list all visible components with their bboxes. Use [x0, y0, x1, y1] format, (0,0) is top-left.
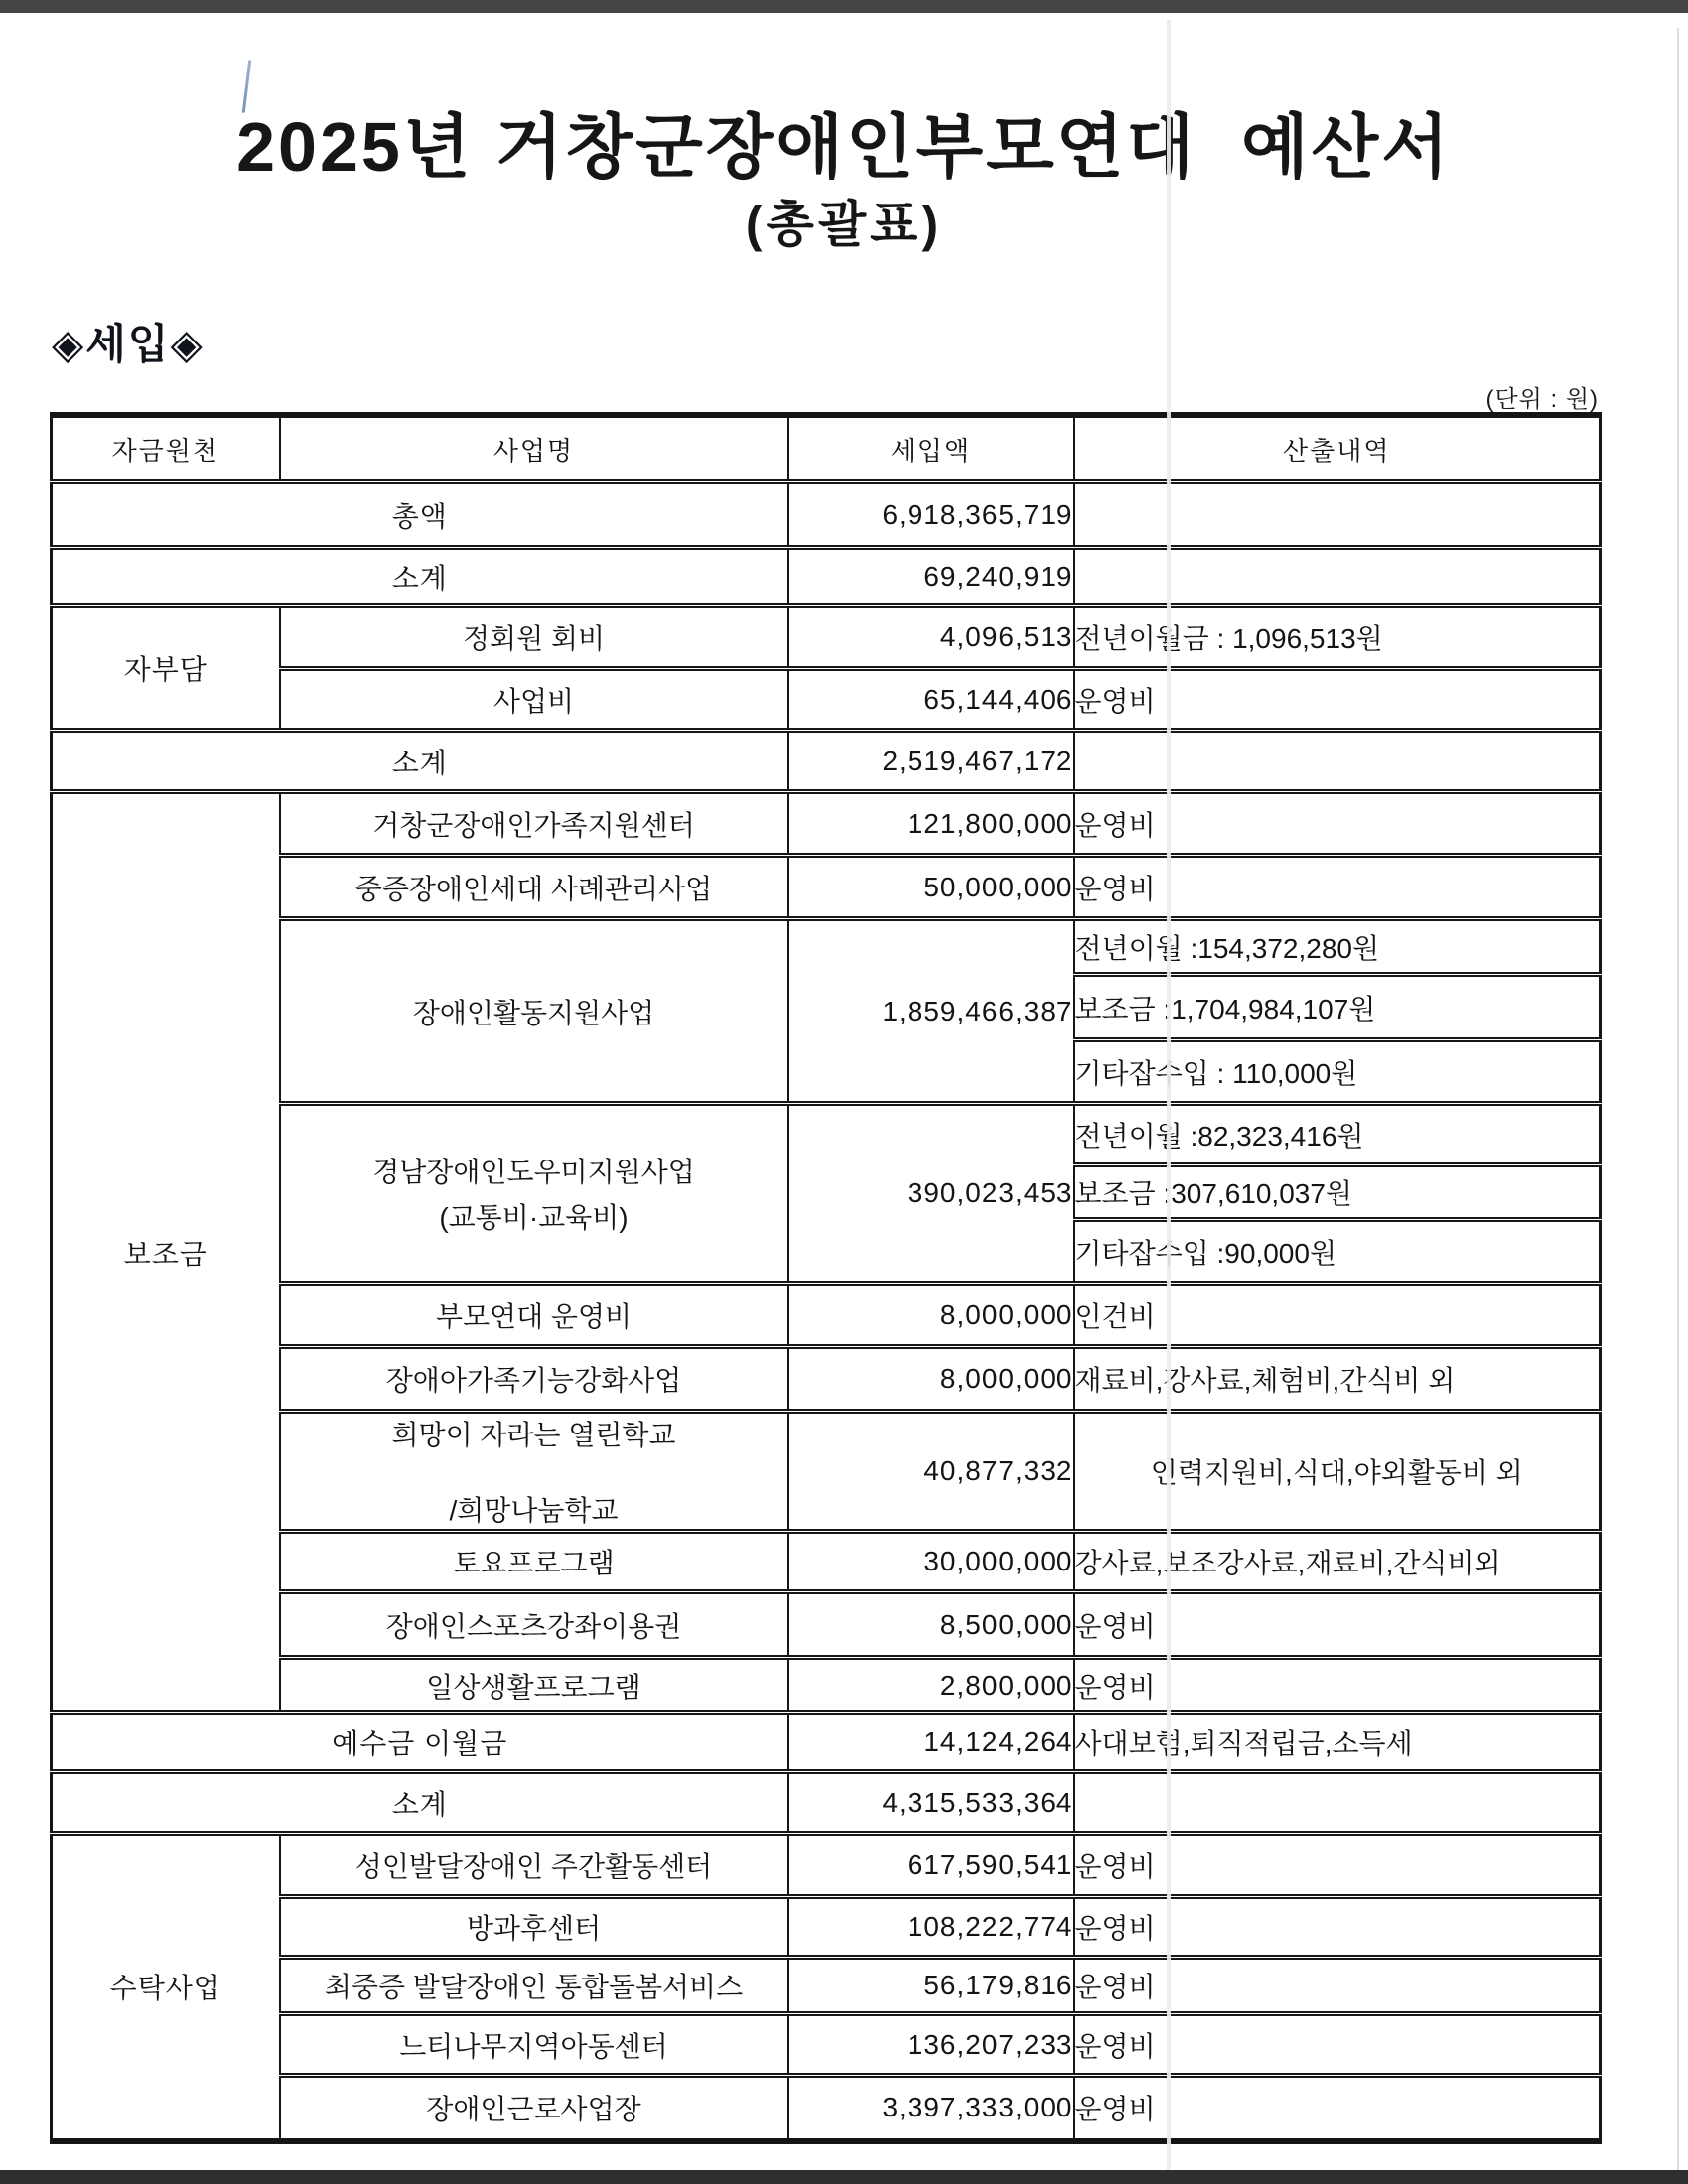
- calculation-detail-cell: 기타잡수입 :90,000원: [1074, 1220, 1601, 1284]
- calculation-detail-cell: 운영비: [1074, 2076, 1601, 2141]
- section-label-revenue: ◈세입◈: [52, 312, 205, 371]
- paper-edge-line: [1677, 28, 1679, 2170]
- calculation-detail-cell: 보조금 :307,610,037원: [1074, 1165, 1601, 1220]
- table-row: 사업비65,144,406운영비: [52, 669, 1601, 731]
- calculation-detail-cell: [1074, 482, 1601, 548]
- revenue-amount-cell: 3,397,333,000: [788, 2076, 1074, 2141]
- calculation-detail-cell: [1074, 548, 1601, 606]
- revenue-amount-cell: 108,222,774: [788, 1897, 1074, 1958]
- calculation-detail-cell: 운영비: [1074, 1834, 1601, 1897]
- header-row: 자금원천사업명세입액산출내역: [52, 415, 1601, 482]
- table-row: 총액6,918,365,719: [52, 482, 1601, 548]
- table-row: 느티나무지역아동센터136,207,233운영비: [52, 2014, 1601, 2076]
- revenue-amount-cell: 50,000,000: [788, 856, 1074, 919]
- revenue-amount-cell: 617,590,541: [788, 1834, 1074, 1897]
- table-row: 부모연대 운영비8,000,000인건비: [52, 1284, 1601, 1347]
- revenue-amount-cell: 8,500,000: [788, 1592, 1074, 1658]
- project-name-line2: /희망나눔학교: [281, 1489, 787, 1529]
- calculation-detail-cell: 운영비: [1074, 669, 1601, 731]
- table-row: 장애인근로사업장3,397,333,000운영비: [52, 2076, 1601, 2141]
- table-row: 최중증 발달장애인 통합돌봄서비스56,179,816운영비: [52, 1958, 1601, 2014]
- page-edge-bottom: [0, 2170, 1688, 2184]
- page-subtitle: (총괄표): [0, 185, 1688, 256]
- project-name-cell: 장애인활동지원사업: [280, 919, 788, 1104]
- project-name-cell: 중증장애인세대 사례관리사업: [280, 856, 788, 919]
- revenue-amount-cell: 8,000,000: [788, 1284, 1074, 1347]
- header-cell-3: 산출내역: [1074, 415, 1601, 482]
- table-row: 희망이 자라는 열린학교/희망나눔학교40,877,332인력지원비,식대,야외…: [52, 1412, 1601, 1532]
- revenue-amount-cell: 1,859,466,387: [788, 919, 1074, 1104]
- calculation-detail-cell: 보조금 :1,704,984,107원: [1074, 975, 1601, 1040]
- calculation-detail-cell: 인건비: [1074, 1284, 1601, 1347]
- header-cell-0: 자금원천: [52, 415, 280, 482]
- table-row: 장애인활동지원사업1,859,466,387전년이월 :154,372,280원: [52, 919, 1601, 975]
- table-row: 보조금거창군장애인가족지원센터121,800,000운영비: [52, 792, 1601, 856]
- revenue-amount-cell: 8,000,000: [788, 1347, 1074, 1412]
- revenue-amount-cell: 30,000,000: [788, 1532, 1074, 1592]
- page-title: 2025년 거창군장애인부모연대 예산서: [0, 91, 1688, 192]
- calculation-detail-cell: 운영비: [1074, 2014, 1601, 2076]
- table-row: 수탁사업성인발달장애인 주간활동센터617,590,541운영비: [52, 1834, 1601, 1897]
- project-name-cell: 경남장애인도우미지원사업(교통비·교육비): [280, 1104, 788, 1284]
- calculation-detail-cell: 재료비,강사료,체험비,간식비 외: [1074, 1347, 1601, 1412]
- summary-label-cell: 총액: [52, 482, 788, 548]
- revenue-amount-cell: 40,877,332: [788, 1412, 1074, 1532]
- calculation-detail-cell: 강사료,보조강사료,재료비,간식비외: [1074, 1532, 1601, 1592]
- calculation-detail-cell: 운영비: [1074, 1897, 1601, 1958]
- project-name-cell: 장애인스포츠강좌이용권: [280, 1592, 788, 1658]
- budget-table: 자금원천사업명세입액산출내역 총액6,918,365,719소계69,240,9…: [50, 412, 1602, 2144]
- calculation-detail-cell: 운영비: [1074, 1958, 1601, 2014]
- calculation-detail-cell: 운영비: [1074, 1658, 1601, 1713]
- calculation-detail-cell: 사대보험,퇴직적립금,소득세: [1074, 1713, 1601, 1772]
- project-name-cell: 부모연대 운영비: [280, 1284, 788, 1347]
- calculation-detail-cell: [1074, 1772, 1601, 1834]
- revenue-amount-cell: 2,519,467,172: [788, 731, 1074, 792]
- calculation-detail-cell: 운영비: [1074, 856, 1601, 919]
- revenue-amount-cell: 2,800,000: [788, 1658, 1074, 1713]
- table-row: 토요프로그램30,000,000강사료,보조강사료,재료비,간식비외: [52, 1532, 1601, 1592]
- project-name-line2: (교통비·교육비): [281, 1196, 787, 1236]
- project-name-cell: 성인발달장애인 주간활동센터: [280, 1834, 788, 1897]
- table-row: 자부담정회원 회비4,096,513전년이월금 : 1,096,513원: [52, 606, 1601, 669]
- project-name-cell: 최중증 발달장애인 통합돌봄서비스: [280, 1958, 788, 2014]
- project-name-cell: 정회원 회비: [280, 606, 788, 669]
- project-name-cell: 장애아가족기능강화사업: [280, 1347, 788, 1412]
- header-cell-1: 사업명: [280, 415, 788, 482]
- project-name-cell: 장애인근로사업장: [280, 2076, 788, 2141]
- table-row: 방과후센터108,222,774운영비: [52, 1897, 1601, 1958]
- revenue-amount-cell: 121,800,000: [788, 792, 1074, 856]
- calculation-detail-cell: 기타잡수입 : 110,000원: [1074, 1040, 1601, 1104]
- project-name-cell: 느티나무지역아동센터: [280, 2014, 788, 2076]
- header-cell-2: 세입액: [788, 415, 1074, 482]
- project-name-cell: 거창군장애인가족지원센터: [280, 792, 788, 856]
- table-row: 장애아가족기능강화사업8,000,000재료비,강사료,체험비,간식비 외: [52, 1347, 1601, 1412]
- table-row: 예수금 이월금14,124,264사대보험,퇴직적립금,소득세: [52, 1713, 1601, 1772]
- summary-label-cell: 소계: [52, 548, 788, 606]
- funding-source-cell: 자부담: [52, 606, 280, 731]
- revenue-amount-cell: 56,179,816: [788, 1958, 1074, 2014]
- table-row: 장애인스포츠강좌이용권8,500,000운영비: [52, 1592, 1601, 1658]
- revenue-amount-cell: 136,207,233: [788, 2014, 1074, 2076]
- revenue-amount-cell: 6,918,365,719: [788, 482, 1074, 548]
- table-row: 소계4,315,533,364: [52, 1772, 1601, 1834]
- table-row: 소계69,240,919: [52, 548, 1601, 606]
- table-row: 일상생활프로그램2,800,000운영비: [52, 1658, 1601, 1713]
- project-name-cell: 희망이 자라는 열린학교/희망나눔학교: [280, 1412, 788, 1532]
- revenue-amount-cell: 4,315,533,364: [788, 1772, 1074, 1834]
- summary-label-cell: 예수금 이월금: [52, 1713, 788, 1772]
- funding-source-cell: 보조금: [52, 792, 280, 1713]
- project-name-cell: 일상생활프로그램: [280, 1658, 788, 1713]
- calculation-detail-cell: 전년이월금 : 1,096,513원: [1074, 606, 1601, 669]
- summary-label-cell: 소계: [52, 1772, 788, 1834]
- project-name-line1: 경남장애인도우미지원사업: [281, 1151, 787, 1190]
- funding-source-cell: 수탁사업: [52, 1834, 280, 2141]
- budget-table-body: 총액6,918,365,719소계69,240,919자부담정회원 회비4,09…: [52, 482, 1601, 2141]
- project-name-cell: 방과후센터: [280, 1897, 788, 1958]
- unit-note: (단위 : 원): [1485, 379, 1599, 414]
- calculation-detail-cell: [1074, 731, 1601, 792]
- table-row: 소계2,519,467,172: [52, 731, 1601, 792]
- revenue-amount-cell: 390,023,453: [788, 1104, 1074, 1284]
- project-name-line1: 희망이 자라는 열린학교: [281, 1414, 787, 1453]
- project-name-cell: 토요프로그램: [280, 1532, 788, 1592]
- scanner-streak: [1167, 20, 1171, 2170]
- calculation-detail-cell: 인력지원비,식대,야외활동비 외: [1074, 1412, 1601, 1532]
- table-row: 경남장애인도우미지원사업(교통비·교육비)390,023,453전년이월 :82…: [52, 1104, 1601, 1165]
- calculation-detail-cell: 운영비: [1074, 1592, 1601, 1658]
- calculation-detail-cell: 전년이월 :154,372,280원: [1074, 919, 1601, 975]
- table-row: 중증장애인세대 사례관리사업50,000,000운영비: [52, 856, 1601, 919]
- revenue-amount-cell: 14,124,264: [788, 1713, 1074, 1772]
- project-name-cell: 사업비: [280, 669, 788, 731]
- calculation-detail-cell: 운영비: [1074, 792, 1601, 856]
- revenue-amount-cell: 4,096,513: [788, 606, 1074, 669]
- calculation-detail-cell: 전년이월 :82,323,416원: [1074, 1104, 1601, 1165]
- revenue-amount-cell: 69,240,919: [788, 548, 1074, 606]
- revenue-amount-cell: 65,144,406: [788, 669, 1074, 731]
- page-edge-top: [0, 0, 1688, 13]
- summary-label-cell: 소계: [52, 731, 788, 792]
